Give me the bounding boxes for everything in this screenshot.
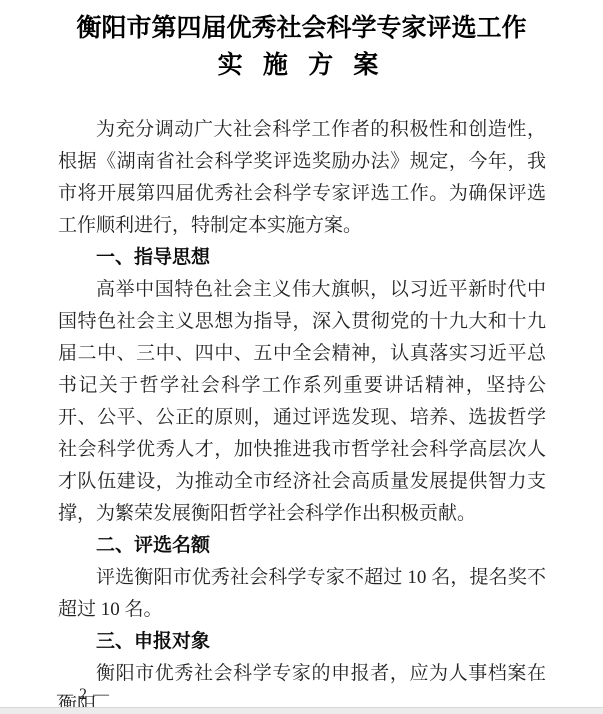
document-title-line-1: 衡阳市第四届优秀社会科学专家评选工作 bbox=[30, 10, 573, 47]
section-1-body: 高举中国特色社会主义伟大旗帜，以习近平新时代中国特色社会主义思想为指导，深入贯彻… bbox=[58, 274, 546, 530]
document-title-line-2: 实 施 方 案 bbox=[30, 47, 573, 84]
intro-paragraph: 为充分调动广大社会科学工作者的积极性和创造性，根据《湖南省社会科学奖评选奖励办法… bbox=[58, 114, 546, 242]
section-3-heading: 三、申报对象 bbox=[58, 626, 546, 658]
section-2-heading: 二、评选名额 bbox=[58, 530, 546, 562]
page-number: — 2 — bbox=[57, 686, 110, 704]
document-page: 衡阳市第四届优秀社会科学专家评选工作 实 施 方 案 为充分调动广大社会科学工作… bbox=[0, 0, 603, 714]
page-bottom-edge bbox=[0, 707, 603, 714]
section-1-heading: 一、指导思想 bbox=[58, 242, 546, 274]
document-title: 衡阳市第四届优秀社会科学专家评选工作 实 施 方 案 bbox=[30, 10, 573, 84]
document-body: 为充分调动广大社会科学工作者的积极性和创造性，根据《湖南省社会科学奖评选奖励办法… bbox=[58, 114, 546, 714]
section-3-body: 衡阳市优秀社会科学专家的申报者，应为人事档案在衡阳 bbox=[58, 658, 546, 714]
section-2-body: 评选衡阳市优秀社会科学专家不超过 10 名，提名奖不超过 10 名。 bbox=[58, 562, 546, 626]
